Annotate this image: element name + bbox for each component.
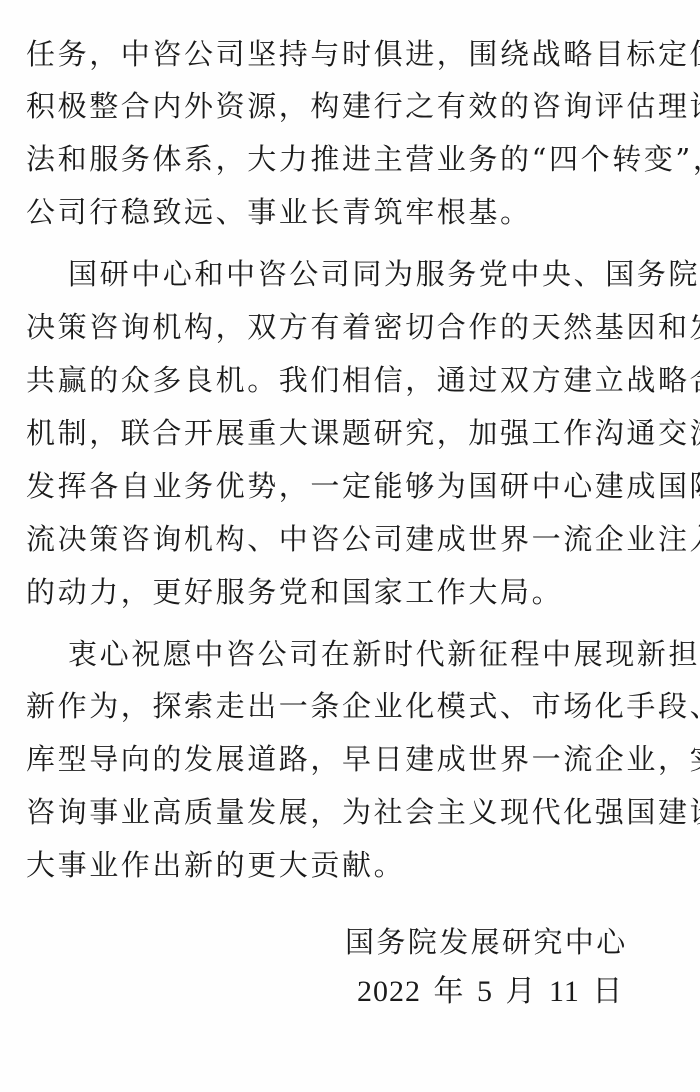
paragraph-1-line-1: 任务，中咨公司坚持与时俱进，围绕战略目标定位， — [26, 34, 700, 74]
paragraph-2-line-5: 发挥各自业务优势，一定能够为国研中心建成国际一 — [26, 466, 700, 506]
paragraph-3-line-5: 大事业作出新的更大贡献。 — [26, 845, 405, 885]
paragraph-1-line-4: 公司行稳致远、事业长青筑牢根基。 — [26, 192, 532, 232]
paragraph-2-line-2: 决策咨询机构，双方有着密切合作的天然基因和发展 — [26, 307, 700, 347]
signature-date: 2022 年 5 月 11 日 — [357, 972, 623, 1012]
paragraph-2-line-1: 国研中心和中咨公司同为服务党中央、国务院的 — [68, 254, 700, 294]
signature-organization: 国务院发展研究中心 — [345, 922, 628, 962]
paragraph-3-line-2: 新作为，探索走出一条企业化模式、市场化手段、智 — [26, 686, 700, 726]
paragraph-3-line-3: 库型导向的发展道路，早日建成世界一流企业，实现 — [26, 739, 700, 779]
paragraph-3-line-4: 咨询事业高质量发展，为社会主义现代化强国建设伟 — [26, 792, 700, 832]
paragraph-1-line-3: 法和服务体系，大力推进主营业务的“四个转变”，为 — [26, 139, 700, 179]
document-page: 任务，中咨公司坚持与时俱进，围绕战略目标定位， 积极整合内外资源，构建行之有效的… — [0, 0, 700, 1092]
paragraph-1-line-2: 积极整合内外资源，构建行之有效的咨询评估理论方 — [26, 86, 700, 126]
paragraph-2-line-6: 流决策咨询机构、中咨公司建成世界一流企业注入新 — [26, 519, 700, 559]
paragraph-2-line-7: 的动力，更好服务党和国家工作大局。 — [26, 572, 563, 612]
paragraph-2-line-4: 机制，联合开展重大课题研究，加强工作沟通交流， — [26, 413, 700, 453]
paragraph-3-line-1: 衷心祝愿中咨公司在新时代新征程中展现新担当 — [68, 634, 700, 674]
paragraph-2-line-3: 共赢的众多良机。我们相信，通过双方建立战略合作 — [26, 360, 700, 400]
